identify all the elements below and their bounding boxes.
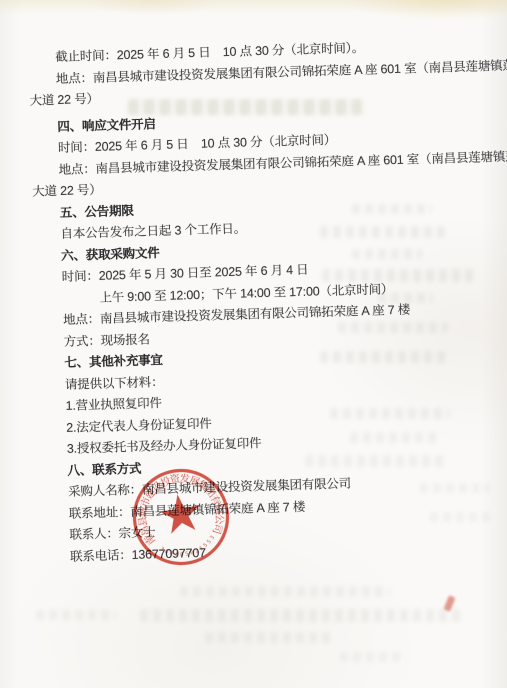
document-body: 截止时间：2025 年 6 月 5 日 10 点 30 分（北京时间）。 地点：… xyxy=(28,34,499,568)
bleedthrough-smudge xyxy=(36,610,116,620)
scanned-document-page: 截止时间：2025 年 6 月 5 日 10 点 30 分（北京时间）。 地点：… xyxy=(0,0,507,688)
bleedthrough-smudge xyxy=(205,632,335,643)
bleedthrough-smudge xyxy=(180,586,390,597)
bleedthrough-smudge xyxy=(340,652,405,662)
seal-star-icon xyxy=(158,491,203,535)
bleedthrough-smudge xyxy=(140,609,460,622)
official-seal: 南昌县城市建设投资发展集团有限公司 3601050215530 xyxy=(118,454,244,580)
